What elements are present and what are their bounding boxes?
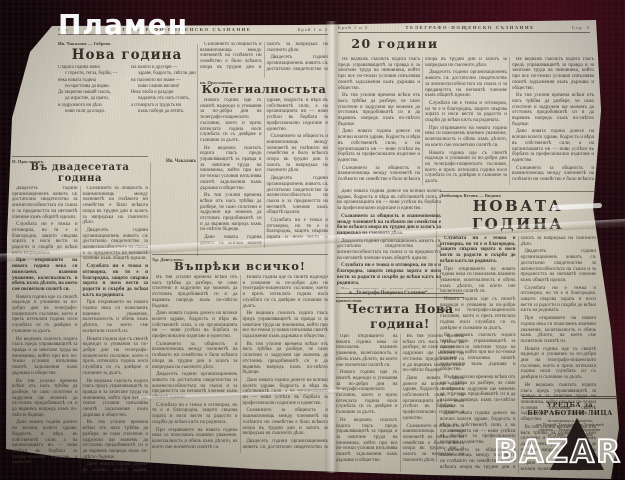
text-line: Двадесеть години организационенъ животъ … — [12, 186, 78, 220]
text-line: Въ тия усилни времена всѣки отъ насъ трѣ… — [512, 93, 594, 127]
ad-title: УРЕДБА за БЕЗРАБОТНИ ЛИЦА — [522, 401, 618, 417]
article-body-text: Не веднажъ съюзътъ издига гласъ предъ уп… — [338, 57, 594, 185]
article-body-text: При откриването на новата година нека си… — [336, 334, 464, 472]
masthead-right: ТЕЛЕГРАФО-ПОЩЕНСКО СЪЗНАНИЕ — [405, 25, 534, 30]
article-chestita: приветствия. Честита Нова година! При от… — [336, 298, 464, 472]
text-line: Службата ни е тежка и отговорна, но тя е… — [337, 263, 441, 286]
article-lead-text: Съзнанието за общность и взаимопомощь ме… — [200, 42, 328, 78]
text-line: Въ тия усилни времена всѣки отъ насъ трѣ… — [403, 334, 465, 374]
text-line: При откриването на новата година нека си… — [440, 267, 516, 296]
column-rule — [150, 162, 151, 460]
poem-text: Старата година минас горести, тегла, бор… — [58, 65, 196, 157]
text-line: Двадесеть години организационенъ животъ … — [152, 372, 238, 401]
text-line: Дано новата година донесе на всички коле… — [12, 420, 78, 466]
text-line: Дано новата година донесе на всички коле… — [337, 189, 441, 212]
seller-watermark: Пламен — [58, 8, 188, 41]
article-body-text: Двадесеть години организационенъ животъ … — [12, 186, 148, 474]
text-line: Съзнанието за общность и взаимопомощь ме… — [152, 342, 238, 371]
headline-20-godini: 20 години — [340, 36, 450, 51]
text-line: Въ тия усилни времена всѣки отъ насъ трѣ… — [200, 193, 262, 233]
article-vapreki-vsichko: Хр. Дангуловъ: Въпрѣки всичко! Въ тия ус… — [152, 257, 328, 453]
text-line: къмъ победи да летятъ. — [131, 109, 196, 115]
text-line: Съзнанието за общность и взаимопомощь ме… — [243, 408, 329, 437]
text-line: Дано новата година донесе на всички коле… — [338, 129, 420, 163]
text-line: Службата ни е тежка и отговорна, но тя е… — [12, 222, 78, 256]
headline-dvadesetata: Въ двадесетата година — [12, 162, 148, 184]
text-line: надалечъ отъ насъ стоятъ, — [131, 96, 196, 102]
text-line: Службата ни е тежка и отговорна, но тя е… — [440, 236, 516, 265]
article-dvadesetata-godina: Н. Прославовъ. Въ двадесетата година Два… — [12, 159, 148, 474]
article-20-godini: 20 години — [340, 36, 450, 51]
divider-rule — [12, 156, 148, 157]
text-line: нови сили да плоди. — [58, 109, 123, 115]
right-page-number: Стр. 3 — [572, 25, 590, 30]
text-line: Не веднажъ съюзътъ издига гласъ предъ уп… — [512, 57, 594, 91]
column-rule — [436, 196, 437, 462]
text-line: Новата година иде съ своитѣ надежди и уп… — [200, 98, 262, 144]
headline-vapreki: Въпрѣки всичко! — [152, 259, 328, 273]
text-line: Двадесеть години организационенъ животъ … — [425, 70, 507, 99]
text-line: Не веднажъ съюзътъ издига гласъ предъ уп… — [243, 311, 329, 340]
text-line: При откриването на новата година нека си… — [521, 316, 597, 345]
marketplace-photo: Стр. 2 ТЕЛЕГРАФО-ПОЩЕНСКО СЪЗНАНИЕ Брой … — [0, 0, 625, 480]
text-line: Дано новата година донесе на всички коле… — [403, 376, 465, 422]
right-page-header: Брой 1 и 2 ТЕЛЕГРАФО-ПОЩЕНСКО СЪЗНАНИЕ С… — [338, 25, 590, 33]
text-line: Двадесеть години организационенъ животъ … — [337, 239, 441, 262]
article-20-godini-continued: Дано новата година донесе на всички коле… — [337, 189, 441, 296]
text-line: Новата година иде съ своитѣ надежди и уп… — [336, 370, 398, 416]
headline-novata-godina: НОВАТА ГОДИНА — [440, 197, 596, 233]
text-line: Въ тия усилни времена всѣки отъ насъ трѣ… — [83, 420, 149, 460]
text-line: Новата година иде съ своитѣ надежди и уп… — [12, 295, 78, 335]
divider-rule — [152, 254, 328, 255]
headline-chestita: Честита Нова година! — [336, 301, 464, 331]
text-line: Съзнанието за общность и взаимопомощь ме… — [83, 186, 149, 226]
article-kolegialnost: Съзнанието за общность и взаимопомощь ме… — [200, 42, 328, 248]
text-line: Въ тия усилни времена всѣки отъ насъ трѣ… — [12, 379, 78, 419]
right-issue-number: Брой 1 и 2 — [338, 25, 368, 30]
headline-kolegialnost: Колегиалностьта — [200, 82, 328, 96]
text-line: Дано новата година донесе на всички коле… — [152, 311, 238, 340]
text-line: Не веднажъ съюзътъ издига гласъ предъ уп… — [83, 379, 149, 419]
headline-nova-godina: Нова година — [58, 47, 196, 63]
article-body-text: Дано новата година донесе на всички коле… — [337, 189, 441, 289]
text-line: Съзнанието за общность и взаимопомощь ме… — [267, 134, 329, 174]
text-line: Службата ни е тежка и отговорна, но тя е… — [425, 101, 507, 124]
text-line: Службата ни е тежка и отговорна, но тя е… — [521, 286, 597, 315]
text-line: При откриването на новата година нека си… — [336, 334, 398, 368]
text-line: Дано новата година донесе на всички коле… — [243, 378, 329, 407]
text-line: Въ тия усилни времена всѣки отъ насъ трѣ… — [152, 275, 238, 309]
text-line: При откриването на новата година нека си… — [337, 288, 441, 289]
text-line: Съзнанието за общность и взаимопомощь ме… — [337, 214, 441, 237]
article-body-text: Въ тия усилни времена всѣки отъ насъ трѣ… — [152, 275, 328, 453]
text-line: Двадесеть години организационенъ животъ … — [267, 176, 329, 216]
text-line: Въ тия усилни времена всѣки отъ насъ трѣ… — [243, 342, 329, 376]
text-line: Не веднажъ съюзътъ издига гласъ предъ уп… — [200, 146, 262, 192]
text-line: Дано новата година донесе на всички коле… — [512, 129, 594, 163]
text-line: Новата година иде съ своитѣ надежди и уп… — [83, 337, 149, 377]
article-nova-godina: Ив. Чакаловъ — Габрово. Нова година Стар… — [58, 41, 196, 164]
text-line: с горести, тегла, борби, — — [58, 71, 123, 77]
text-line: При откриването на новата година нека си… — [425, 126, 507, 149]
text-line: Новата година иде съ своитѣ надежди и уп… — [243, 275, 329, 309]
text-line: Службата ни е тежка и отговорна, но тя е… — [152, 403, 238, 426]
left-issue-number: Брой 1 и 2 — [298, 27, 328, 32]
text-line: Не веднажъ съюзътъ издига гласъ предъ уп… — [12, 337, 78, 377]
text-line: Двадесеть години организационенъ животъ … — [83, 228, 149, 262]
text-line: При откриването на новата година нека си… — [83, 300, 149, 334]
column-rule — [197, 44, 198, 256]
text-line: Въ тия усилни времена всѣки отъ насъ трѣ… — [338, 93, 420, 127]
text-line: При откриването на новата година нека си… — [152, 428, 238, 451]
text-line: Не веднажъ съюзътъ издига гласъ предъ уп… — [338, 57, 420, 91]
text-line: здраве, бодрость, свѣтли дни, — [131, 71, 196, 77]
bazar-logo-text: BAZAR — [494, 434, 622, 470]
text-line: Не веднажъ съюзътъ издига гласъ предъ уп… — [336, 418, 398, 464]
divider-rule — [440, 191, 596, 192]
text-line: Службата ни е тежка и отговорна, но тя е… — [83, 264, 149, 298]
article-body-text: Новата година иде съ своитѣ надежди и уп… — [200, 98, 328, 248]
text-line: Двадесеть години организационенъ животъ … — [521, 249, 597, 283]
text-line: При откриването на новата година нека си… — [12, 258, 78, 292]
text-line: Новата година иде съ своитѣ надежди и уп… — [521, 347, 597, 381]
bazar-logo-watermark: BAZAR — [494, 426, 625, 476]
text-line: Съзнанието за общность и взаимопомощь ме… — [403, 424, 465, 464]
byline: Ив. Чакаловъ — Габрово. — [58, 41, 196, 46]
text-line: Новата година иде съ своитѣ надежди и уп… — [425, 151, 507, 185]
